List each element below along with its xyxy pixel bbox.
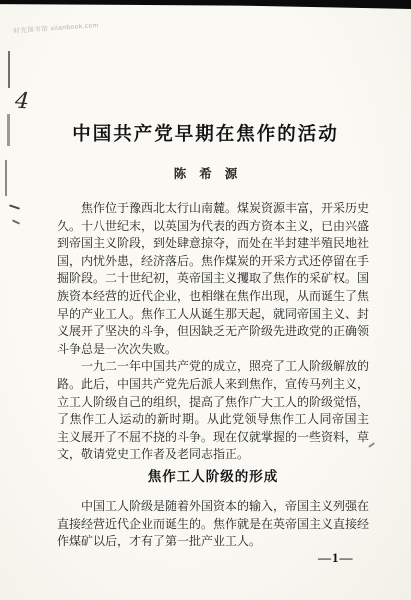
section-heading: 焦作工人阶级的形成	[57, 468, 369, 486]
text-line: 作煤矿以后，才有了第一批产业工人。	[57, 533, 369, 551]
right-edge-scratch-mark	[368, 442, 375, 447]
margin-mark-line-1	[8, 51, 10, 88]
margin-scratch-mark-1	[9, 204, 20, 209]
text-line: 到帝国主义阶段，到处肆意掠夺，而处在半封建半殖民地社会的中	[57, 235, 369, 253]
text-line: 一九二一年中国共产党的成立，照亮了工人阶级解放的道	[57, 358, 369, 376]
text-line: 了焦作工人运动的新时期。从此党领导焦作工人同帝国主义、封建	[57, 411, 369, 429]
page-number: —1—	[318, 550, 354, 566]
text-line: 国，内忧外患，经济落后。焦作煤炭的开采方式还停留在手工挖	[57, 253, 369, 271]
text-line: 焦作位于豫西北太行山南麓。煤炭资源丰富，开采历史悠	[57, 200, 369, 218]
text-line: 立工人阶级自己的组织，提高了焦作广大工人的阶级觉悟，开始	[57, 394, 369, 412]
text-line: 路。此后，中国共产党先后派人来到焦作，宣传马列主义，建	[57, 376, 369, 394]
text-line: 主义展开了不屈不挠的斗争。现在仅就掌握的一些资料，草拟此	[57, 429, 369, 447]
text-line: 族资本经营的近代企业，也相继在焦作出现，从而诞生了焦作最	[57, 288, 369, 306]
paragraph-3: 中国工人阶级是随着外国资本的输入，帝国主义列强在中国直接经营近代企业而诞生的。焦…	[57, 498, 369, 551]
author-name: 陈希源	[0, 164, 411, 182]
scan-edge-bar	[0, 0, 411, 9]
text-line: 久。十八世纪末，以英国为代表的西方资本主义，已由兴盛发展	[57, 218, 369, 236]
text-line: 直接经营近代企业而诞生的。焦作就是在英帝国主义直接经营焦	[57, 516, 369, 534]
text-line: 斗争总是一次次失败。	[57, 341, 369, 359]
paragraph-1: 焦作位于豫西北太行山南麓。煤炭资源丰富，开采历史悠久。十八世纪末，以英国为代表的…	[57, 200, 369, 358]
text-line: 文，敬请党史工作者及老同志指正。	[57, 446, 369, 464]
text-line: 义展开了坚决的斗争，但因缺乏无产阶级先进政党的正确领导，	[57, 323, 369, 341]
text-line: 中国工人阶级是随着外国资本的输入，帝国主义列强在中国	[57, 498, 369, 516]
article-body: 焦作位于豫西北太行山南麓。煤炭资源丰富，开采历史悠久。十八世纪末，以英国为代表的…	[57, 200, 369, 551]
scanned-document-page: 时光图书馆 xilanbook.com 4 中国共产党早期在焦作的活动 陈希源 …	[0, 0, 411, 600]
text-line: 早的产业工人。焦作工人从诞生那天起，就同帝国主义、封建主	[57, 306, 369, 324]
handwritten-numeral-mark: 4	[14, 89, 30, 115]
article-title: 中国共产党早期在焦作的活动	[0, 120, 411, 146]
margin-scratch-mark-2	[12, 219, 20, 224]
text-line: 掘阶段。二十世纪初，英帝国主义攫取了焦作的采矿权。国内民	[57, 270, 369, 288]
library-watermark: 时光图书馆 xilanbook.com	[13, 20, 99, 35]
paragraph-2: 一九二一年中国共产党的成立，照亮了工人阶级解放的道路。此后，中国共产党先后派人来…	[57, 358, 369, 464]
